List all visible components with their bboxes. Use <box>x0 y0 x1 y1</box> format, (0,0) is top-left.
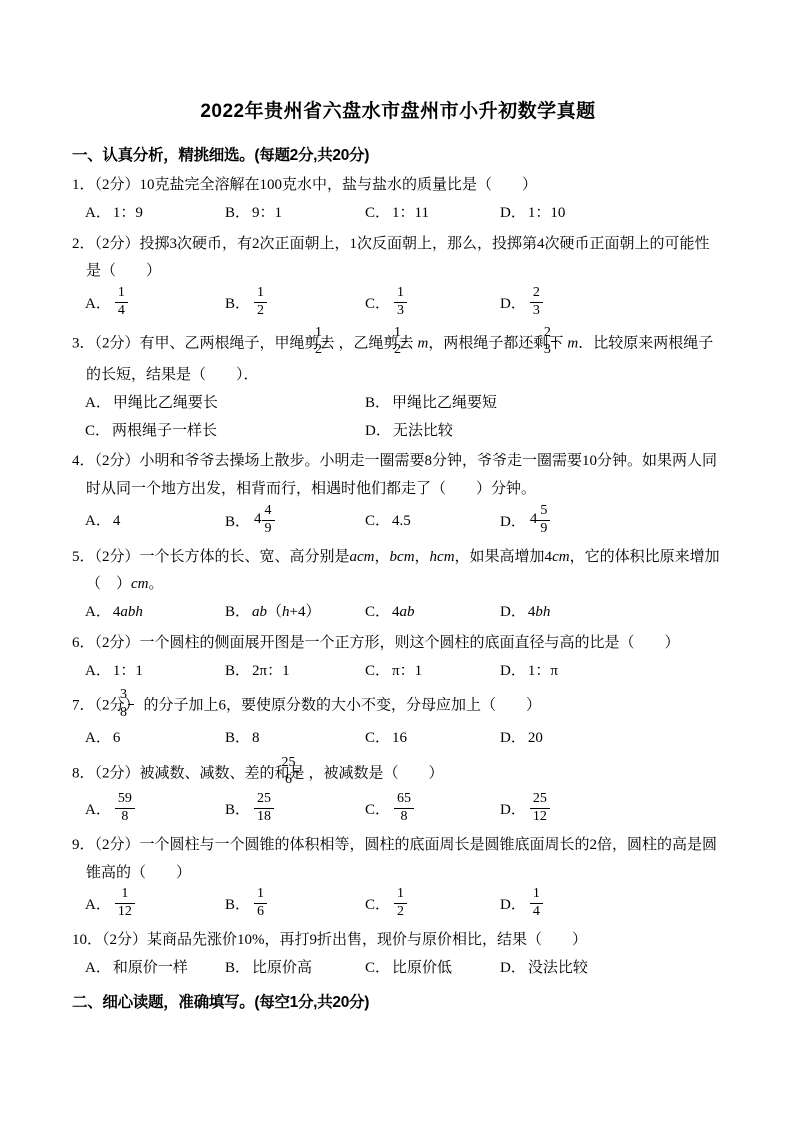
fraction-stack: 112 <box>115 886 135 921</box>
numerator: 2 <box>551 325 557 343</box>
option-B: B．2π：1 <box>225 658 365 686</box>
option-label: A． <box>85 205 111 221</box>
option-label: B． <box>225 960 250 976</box>
numerator: 25 <box>293 755 299 773</box>
option-label: A． <box>85 730 111 746</box>
option-label: A． <box>85 513 111 529</box>
option-B: B．9：1 <box>225 200 365 228</box>
mixed-number: 449 <box>254 503 275 538</box>
numerator: 25 <box>254 791 274 809</box>
option-D: D．20 <box>500 725 724 753</box>
option-D: D．1：10 <box>500 200 724 228</box>
question-q6: 6．（2分）一个圆柱的侧面展开图是一个正方形，则这个圆柱的底面直径与高的比是（ … <box>72 630 724 686</box>
option-label: B． <box>225 514 250 530</box>
option-label: D． <box>500 802 526 818</box>
option-label: C． <box>365 663 390 679</box>
option-C: C．12 <box>365 887 500 924</box>
text-run: 4.5 <box>392 513 411 529</box>
question-stem: 9．（2分）一个圆柱与一个圆锥的体积相等，圆柱的底面周长是圆锥底面周长的2倍，圆… <box>72 832 724 888</box>
question-q1: 1．（2分）10克盐完全溶解在100克水中，盐与盐水的质量比是（ ）A．1：9B… <box>72 172 724 228</box>
fraction-stack: 12 <box>402 325 408 360</box>
math-variable: acm <box>350 549 375 565</box>
text-run: 16 <box>392 730 407 746</box>
option-C: C．4ab <box>365 599 500 627</box>
mixed-number: 459 <box>530 503 551 538</box>
option-row: A．甲绳比乙绳要长B．甲绳比乙绳要短C．两根绳子一样长D．无法比较 <box>72 390 724 446</box>
option-label: C． <box>365 604 390 620</box>
option-B: B．16 <box>225 887 365 924</box>
text-run: ， <box>415 549 430 565</box>
option-row: A．1：9B．9：1C．1：11D．1：10 <box>72 200 724 228</box>
question-q8: 8．（2分）被减数、减数、差的和是256，被减数是（ ）A．598B．2518C… <box>72 756 724 829</box>
text-run: 1：π <box>528 663 558 679</box>
denominator: 8 <box>115 809 135 826</box>
denominator: 4 <box>115 303 128 320</box>
question-stem: 3．（2分）有甲、乙两根绳子，甲绳剪去12，乙绳剪去12m，两根绳子都还剩下23… <box>72 326 724 390</box>
option-row: A．6B．8C．16D．20 <box>72 725 724 753</box>
option-row: A．14B．12C．13D．23 <box>72 286 724 323</box>
numerator: 1 <box>115 285 128 303</box>
fraction: 2518 <box>254 791 274 826</box>
fraction: 14 <box>115 285 128 320</box>
text-run: 2π：1 <box>252 663 290 679</box>
question-q9: 9．（2分）一个圆柱与一个圆锥的体积相等，圆柱的底面周长是圆锥底面周长的2倍，圆… <box>72 832 724 924</box>
denominator: 2 <box>402 342 408 359</box>
question-q4: 4．（2分）小明和爷爷去操场上散步。小明走一圈需要8分钟，爷爷走一圈需要10分钟… <box>72 448 724 540</box>
option-D: D．14 <box>500 887 724 924</box>
text-run: （ <box>267 604 282 620</box>
option-label: D． <box>500 205 526 221</box>
text-run: 1：1 <box>113 663 143 679</box>
option-label: C． <box>365 513 390 529</box>
option-label: D． <box>500 897 526 913</box>
whole-number: 4 <box>254 506 262 534</box>
text-run: ，如果高增加4 <box>455 549 553 565</box>
math-variable: bcm <box>390 549 415 565</box>
denominator: 3 <box>551 342 557 359</box>
math-variable: cm <box>552 549 570 565</box>
option-label: D． <box>500 514 526 530</box>
option-D: D．无法比较 <box>365 418 724 446</box>
text-run: 4 <box>392 604 400 620</box>
option-label: B． <box>225 296 250 312</box>
denominator: 18 <box>254 809 274 826</box>
text-run: 1：9 <box>113 205 143 221</box>
fraction-stack: 13 <box>394 285 407 320</box>
option-C: C．两根绳子一样长 <box>85 418 365 446</box>
text-run: 4．（2分）小明和爷爷去操场上散步。小明走一圈需要8分钟，爷爷走一圈需要10分钟… <box>72 453 717 497</box>
numerator: 1 <box>254 285 267 303</box>
question-q3: 3．（2分）有甲、乙两根绳子，甲绳剪去12，乙绳剪去12m，两根绳子都还剩下23… <box>72 326 724 446</box>
numerator: 1 <box>402 325 408 343</box>
option-A: A．6 <box>85 725 225 753</box>
math-variable: cm <box>131 576 149 592</box>
text-run: 8 <box>252 730 260 746</box>
denominator: 2 <box>254 303 267 320</box>
fraction-stack: 598 <box>115 791 135 826</box>
denominator: 12 <box>530 809 550 826</box>
option-label: A． <box>85 604 111 620</box>
question-stem: 2．（2分）投掷3次硬币，有2次正面朝上，1次反面朝上，那么，投掷第4次硬币正面… <box>72 231 724 287</box>
option-B: B．比原价高 <box>225 955 365 983</box>
fraction-stack: 16 <box>254 886 267 921</box>
fraction-stack: 38 <box>128 687 134 722</box>
fraction: 112 <box>115 886 135 921</box>
numerator: 1 <box>394 285 407 303</box>
question-stem: 1．（2分）10克盐完全溶解在100克水中，盐与盐水的质量比是（ ） <box>72 172 724 200</box>
numerator: 1 <box>530 886 543 904</box>
text-run: 9．（2分）一个圆柱与一个圆锥的体积相等，圆柱的底面周长是圆锥底面周长的2倍，圆… <box>72 837 717 881</box>
option-label: B． <box>225 205 250 221</box>
fraction-stack: 14 <box>115 285 128 320</box>
text-run: 的分子加上6，要使原分数的大小不变，分母应加上（ ） <box>144 698 542 714</box>
math-variable: ab <box>400 604 415 620</box>
option-C: C．16 <box>365 725 500 753</box>
text-run: ，被减数是（ ） <box>309 765 444 781</box>
fraction-stack: 59 <box>537 503 550 538</box>
fraction-stack: 14 <box>530 886 543 921</box>
question-stem: 6．（2分）一个圆柱的侧面展开图是一个正方形，则这个圆柱的底面直径与高的比是（ … <box>72 630 724 658</box>
option-label: C． <box>365 802 390 818</box>
option-label: B． <box>225 604 250 620</box>
text-run: +4） <box>290 604 321 620</box>
question-stem: 4．（2分）小明和爷爷去操场上散步。小明走一圈需要8分钟，爷爷走一圈需要10分钟… <box>72 448 724 504</box>
text-run: 甲绳比乙绳要短 <box>392 395 497 411</box>
denominator: 8 <box>394 809 414 826</box>
option-label: D． <box>500 296 526 312</box>
option-D: D．1：π <box>500 658 724 686</box>
text-run: 8．（2分）被减数、减数、差的和是 <box>72 765 305 781</box>
fraction: 658 <box>394 791 414 826</box>
numerator: 1 <box>323 325 329 343</box>
option-label: B． <box>225 730 250 746</box>
denominator: 4 <box>530 904 543 921</box>
text-run: 20 <box>528 730 543 746</box>
question-q5: 5．（2分）一个长方体的长、宽、高分别是acm，bcm，hcm，如果高增加4cm… <box>72 544 724 627</box>
option-A: A．598 <box>85 792 225 829</box>
fraction-stack: 12 <box>254 285 267 320</box>
option-label: C． <box>365 205 390 221</box>
option-label: C． <box>365 960 390 976</box>
section-2-heading: 二、细心读题，准确填写。(每空1分,共20分) <box>72 990 724 1012</box>
option-A: A．1：1 <box>85 658 225 686</box>
option-row: A．4B．449C．4.5D．459 <box>72 504 724 541</box>
option-B: B．8 <box>225 725 365 753</box>
option-row: A．112B．16C．12D．14 <box>72 887 724 924</box>
section-1-heading: 一、认真分析，精挑细选。(每题2分,共20分) <box>72 143 724 165</box>
fraction: 13 <box>394 285 407 320</box>
option-label: B． <box>365 395 390 411</box>
fraction: 23 <box>530 285 543 320</box>
math-variable: h <box>282 604 290 620</box>
fraction-stack: 256 <box>293 755 299 790</box>
numerator: 65 <box>394 791 414 809</box>
page-title: 2022年贵州省六盘水市盘州市小升初数学真题 <box>72 96 724 123</box>
option-C: C．1：11 <box>365 200 500 228</box>
fraction-stack: 49 <box>262 503 275 538</box>
numerator: 4 <box>262 503 275 521</box>
numerator: 1 <box>394 886 407 904</box>
text-run: ， <box>375 549 390 565</box>
fraction: 12 <box>254 285 267 320</box>
question-stem: 10．（2分）某商品先涨价10%，再打9折出售，现价与原价相比，结果（ ） <box>72 927 724 955</box>
option-B: B．ab（h+4） <box>225 599 365 627</box>
text-run: 2．（2分）投掷3次硬币，有2次正面朝上，1次反面朝上，那么，投掷第4次硬币正面… <box>72 236 710 280</box>
option-label: A． <box>85 663 111 679</box>
option-label: C． <box>365 730 390 746</box>
text-run: 10．（2分）某商品先涨价10%，再打9折出售，现价与原价相比，结果（ ） <box>72 932 587 948</box>
text-run: 和原价一样 <box>113 960 188 976</box>
option-row: A．598B．2518C．658D．2512 <box>72 792 724 829</box>
math-variable: bh <box>535 604 550 620</box>
option-label: C． <box>365 897 390 913</box>
fraction-stack: 2518 <box>254 791 274 826</box>
option-A: A．4 <box>85 508 225 536</box>
option-C: C．π：1 <box>365 658 500 686</box>
text-run: 6 <box>113 730 121 746</box>
denominator: 3 <box>530 303 543 320</box>
denominator: 12 <box>115 904 135 921</box>
text-run: 3．（2分）有甲、乙两根绳子，甲绳剪去 <box>72 335 335 351</box>
denominator: 9 <box>537 521 550 538</box>
option-label: D． <box>365 423 391 439</box>
question-q7: 7．（2分）38的分子加上6，要使原分数的大小不变，分母应加上（ ）A．6B．8… <box>72 688 724 752</box>
fraction: 598 <box>115 791 135 826</box>
fraction-stack: 23 <box>530 285 543 320</box>
option-A: A．1：9 <box>85 200 225 228</box>
denominator: 6 <box>293 772 299 789</box>
math-variable: hcm <box>430 549 455 565</box>
numerator: 1 <box>254 886 267 904</box>
numerator: 25 <box>530 791 550 809</box>
fraction: 2512 <box>530 791 550 826</box>
numerator: 5 <box>537 503 550 521</box>
text-run: 没法比较 <box>528 960 588 976</box>
question-stem: 7．（2分）38的分子加上6，要使原分数的大小不变，分母应加上（ ） <box>72 688 724 725</box>
exam-document-page: 2022年贵州省六盘水市盘州市小升初数学真题 一、认真分析，精挑细选。(每题2分… <box>0 0 794 1123</box>
text-run: 无法比较 <box>393 423 453 439</box>
fraction-stack: 2512 <box>530 791 550 826</box>
denominator: 6 <box>254 904 267 921</box>
option-label: B． <box>225 802 250 818</box>
option-C: C．比原价低 <box>365 955 500 983</box>
fraction-stack: 12 <box>323 325 329 360</box>
option-label: C． <box>365 296 390 312</box>
text-run: 比原价高 <box>252 960 312 976</box>
text-run: 两根绳子一样长 <box>112 423 217 439</box>
option-row: A．和原价一样B．比原价高C．比原价低D．没法比较 <box>72 955 724 983</box>
text-run: 4 <box>113 513 121 529</box>
option-label: A． <box>85 296 111 312</box>
numerator: 3 <box>128 687 134 705</box>
fraction: 12 <box>394 886 407 921</box>
option-B: B．2518 <box>225 792 365 829</box>
option-C: C．13 <box>365 286 500 323</box>
option-label: A． <box>85 802 111 818</box>
question-list: 1．（2分）10克盐完全溶解在100克水中，盐与盐水的质量比是（ ）A．1：9B… <box>72 172 724 982</box>
numerator: 59 <box>115 791 135 809</box>
fraction: 14 <box>530 886 543 921</box>
text-run: 9：1 <box>252 205 282 221</box>
denominator: 9 <box>262 521 275 538</box>
text-run: 1．（2分）10克盐完全溶解在100克水中，盐与盐水的质量比是（ ） <box>72 177 537 193</box>
fraction-stack: 12 <box>394 886 407 921</box>
option-label: B． <box>225 897 250 913</box>
whole-number: 4 <box>530 506 538 534</box>
denominator: 8 <box>128 705 134 722</box>
text-run: 1：11 <box>392 205 429 221</box>
math-variable: abh <box>120 604 143 620</box>
question-stem: 5．（2分）一个长方体的长、宽、高分别是acm，bcm，hcm，如果高增加4cm… <box>72 544 724 600</box>
option-A: A．112 <box>85 887 225 924</box>
option-A: A．和原价一样 <box>85 955 225 983</box>
option-label: D． <box>500 960 526 976</box>
question-q2: 2．（2分）投掷3次硬币，有2次正面朝上，1次反面朝上，那么，投掷第4次硬币正面… <box>72 231 724 323</box>
option-A: A．甲绳比乙绳要长 <box>85 390 365 418</box>
option-label: A． <box>85 395 111 411</box>
text-run: 甲绳比乙绳要长 <box>113 395 218 411</box>
option-C: C．4.5 <box>365 508 500 536</box>
math-variable: ab <box>252 604 267 620</box>
option-D: D．459 <box>500 504 724 541</box>
text-run: π：1 <box>392 663 422 679</box>
option-B: B．12 <box>225 286 365 323</box>
fraction-stack: 658 <box>394 791 414 826</box>
option-label: B． <box>225 663 250 679</box>
text-run: 。 <box>149 576 164 592</box>
text-run: 比原价低 <box>392 960 452 976</box>
denominator: 2 <box>323 342 329 359</box>
math-variable: m <box>567 335 578 351</box>
option-D: D．没法比较 <box>500 955 724 983</box>
page-content: 2022年贵州省六盘水市盘州市小升初数学真题 一、认真分析，精挑细选。(每题2分… <box>0 0 794 1012</box>
option-label: A． <box>85 897 111 913</box>
option-row: A．1：1B．2π：1C．π：1D．1：π <box>72 658 724 686</box>
question-q10: 10．（2分）某商品先涨价10%，再打9折出售，现价与原价相比，结果（ ）A．和… <box>72 927 724 983</box>
question-stem: 8．（2分）被减数、减数、差的和是256，被减数是（ ） <box>72 756 724 793</box>
fraction: 16 <box>254 886 267 921</box>
option-D: D．23 <box>500 286 724 323</box>
text-run: 5．（2分）一个长方体的长、宽、高分别是 <box>72 549 350 565</box>
text-run: 1：10 <box>528 205 566 221</box>
text-run: 6．（2分）一个圆柱的侧面展开图是一个正方形，则这个圆柱的底面直径与高的比是（ … <box>72 635 680 651</box>
option-A: A．14 <box>85 286 225 323</box>
option-C: C．658 <box>365 792 500 829</box>
numerator: 2 <box>530 285 543 303</box>
option-D: D．4bh <box>500 599 724 627</box>
option-B: B．449 <box>225 504 365 541</box>
option-B: B．甲绳比乙绳要短 <box>365 390 724 418</box>
math-variable: m <box>418 335 429 351</box>
option-label: A． <box>85 960 111 976</box>
numerator: 1 <box>115 886 135 904</box>
denominator: 3 <box>394 303 407 320</box>
fraction-stack: 23 <box>551 325 557 360</box>
denominator: 2 <box>394 904 407 921</box>
option-label: D． <box>500 730 526 746</box>
option-D: D．2512 <box>500 792 724 829</box>
option-row: A．4abhB．ab（h+4）C．4abD．4bh <box>72 599 724 627</box>
option-label: C． <box>85 423 110 439</box>
option-label: D． <box>500 663 526 679</box>
option-A: A．4abh <box>85 599 225 627</box>
option-label: D． <box>500 604 526 620</box>
